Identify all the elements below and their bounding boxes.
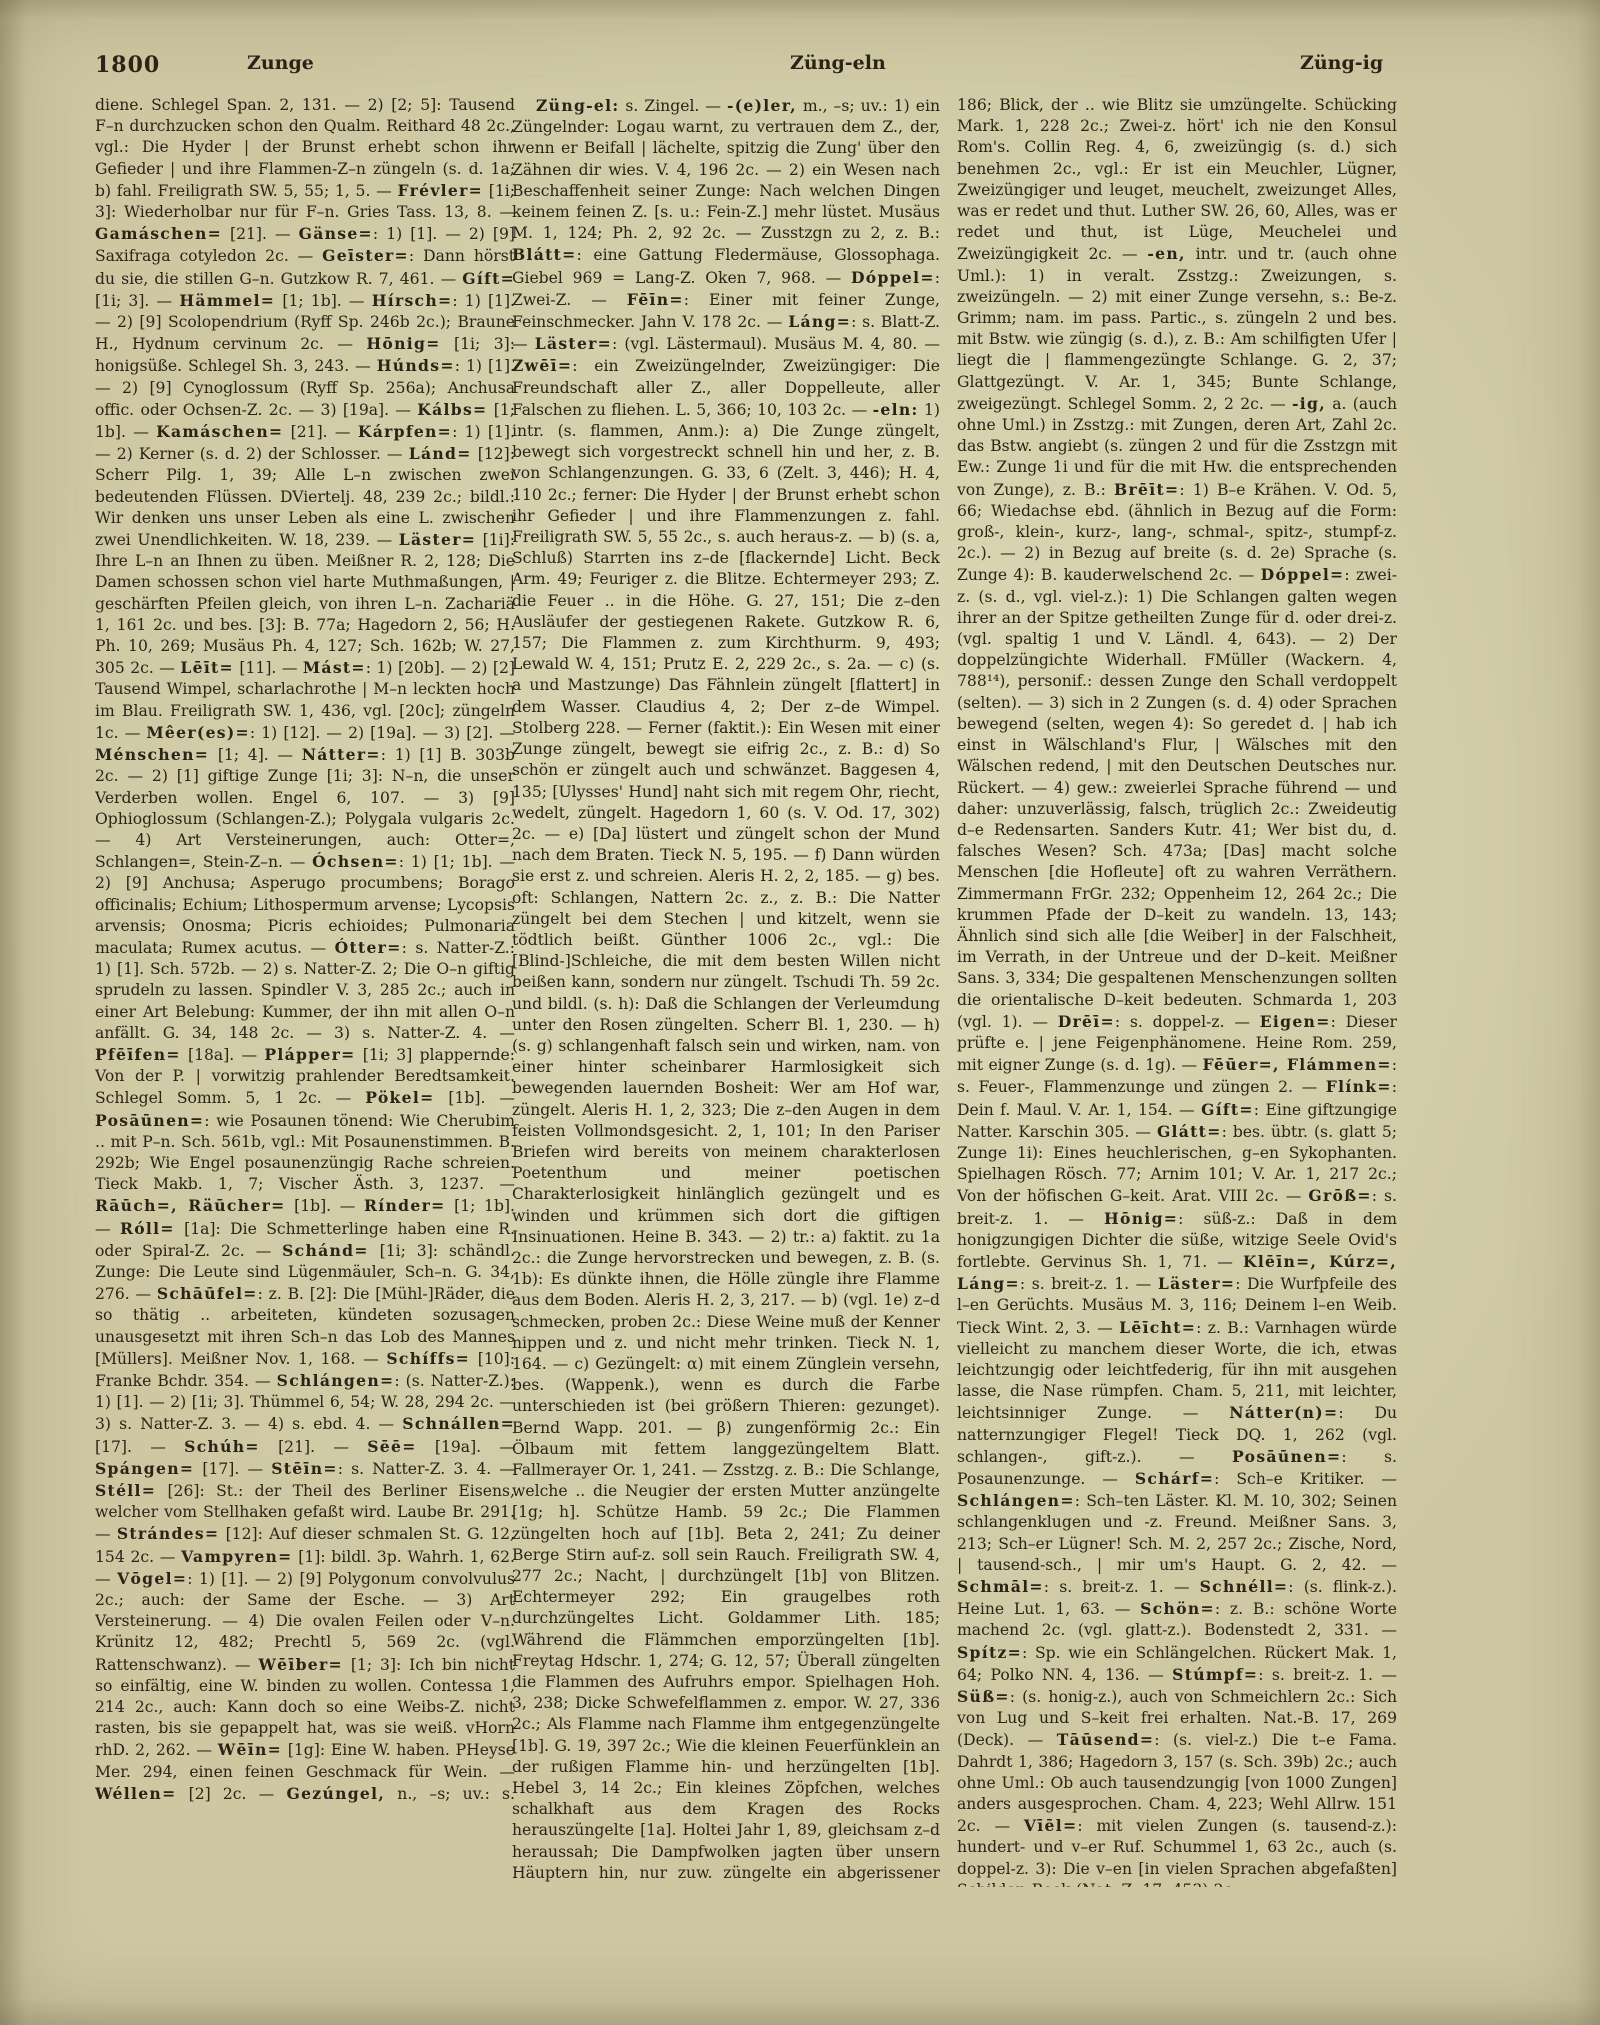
entry-headword: Süß=: [957, 1687, 1010, 1706]
entry-headword: Vōgel=: [117, 1569, 187, 1588]
dictionary-column-1: diene. Schlegel Span. 2, 131. — 2) [2; 5…: [95, 95, 515, 1807]
entry-headword: Nátter(n)=: [1229, 1403, 1338, 1422]
entry-headword: Wēīber=: [258, 1655, 343, 1674]
scanned-dictionary-page: 1800 Zunge Züng-eln Züng-ig diene. Schle…: [0, 0, 1600, 2025]
running-head-keyword-right: Züng-ig: [1300, 52, 1383, 76]
entry-headword: Hōnig=: [366, 334, 440, 353]
entry-headword: Drēī=: [1058, 1012, 1115, 1031]
entry-text: [11]. —: [234, 659, 303, 677]
entry-headword: Flínk=: [1326, 1077, 1392, 1096]
entry-headword: Fēīn=: [627, 290, 684, 309]
entry-headword: Posāūnen=: [1232, 1447, 1341, 1466]
entry-text: : s. breit-z. 1. —: [1044, 1578, 1200, 1596]
entry-text: [21]. —: [222, 225, 299, 243]
entry-headword: Húnds=: [377, 356, 455, 375]
entry-headword: Mêer(es)=: [146, 723, 250, 742]
entry-text: : s. doppel-z. —: [1115, 1013, 1260, 1031]
entry-headword: -ig,: [1292, 394, 1326, 413]
entry-headword: Kárpfen=: [358, 422, 452, 441]
entry-headword: Lēīcht=: [1119, 1318, 1196, 1337]
running-head-keyword-center: Züng-eln: [790, 52, 886, 76]
entry-headword: Hōnig=: [1104, 1209, 1178, 1228]
entry-text: [1i; 3]. —: [95, 292, 179, 310]
entry-headword: -(e)ler,: [727, 96, 797, 115]
entry-headword: Läster=: [1158, 1274, 1235, 1293]
entry-headword: Fēūer=, Flámmen=: [1203, 1055, 1392, 1074]
dictionary-column-3: 186; Blick, der .. wie Blitz sie umzünge…: [957, 95, 1397, 1887]
entry-headword: Dóppel=: [1261, 565, 1345, 584]
entry-headword: Schmāl=: [957, 1577, 1044, 1596]
entry-headword: Rínder=: [364, 1196, 445, 1215]
entry-headword: Hírsch=: [372, 291, 453, 310]
entry-headword: -en,: [1147, 244, 1185, 263]
entry-headword: Schnéll=: [1200, 1577, 1289, 1596]
entry-headword: Schlángen=: [277, 1371, 395, 1390]
entry-headword: Läster=: [535, 334, 612, 353]
entry-headword: Tāūsend=: [1057, 1730, 1154, 1749]
entry-headword: Nátter=: [302, 745, 381, 764]
entry-text: intr. und tr. (auch ohne Uml.): 1) in ve…: [957, 245, 1397, 412]
entry-text: : s. breit-z. 1. —: [1020, 1275, 1158, 1293]
entry-headword: Blátt=: [512, 245, 576, 264]
entry-headword: Züng-el:: [536, 96, 619, 115]
entry-headword: Gamáschen=: [95, 224, 222, 243]
entry-headword: Posāūnen=: [95, 1111, 204, 1130]
entry-headword: Glátt=: [1157, 1122, 1222, 1141]
entry-headword: Schárf=: [1135, 1469, 1214, 1488]
entry-headword: Eigen=: [1260, 1012, 1331, 1031]
entry-text: : s. Natter-Z. 3. 4. —: [338, 1460, 515, 1478]
entry-text: [17]. —: [95, 1438, 184, 1456]
entry-headword: Gezúngel,: [286, 1784, 385, 1803]
entry-headword: Kálbs=: [417, 400, 487, 419]
entry-headword: Róll=: [120, 1219, 175, 1238]
dictionary-column-2: Züng-el: s. Zingel. — -(e)ler, m., –s; u…: [512, 95, 940, 1887]
entry-headword: -eln:: [873, 400, 919, 419]
entry-headword: Stēīn=: [271, 1459, 338, 1478]
entry-text: s. Zingel. —: [619, 97, 727, 115]
entry-headword: Wēīn=: [218, 1740, 282, 1759]
entry-headword: Grōß=: [1308, 1186, 1371, 1205]
entry-headword: Schíffs=: [386, 1349, 470, 1368]
entry-headword: Schánd=: [282, 1241, 369, 1260]
entry-headword: Gezüngel,: [391, 1806, 490, 1807]
entry-text: 1) intr. (s. flammen, Anm.): a) Die Zung…: [512, 401, 940, 1887]
entry-headword: Pökel=: [365, 1088, 434, 1107]
entry-text: 186; Blick, der .. wie Blitz sie umzünge…: [957, 96, 1397, 263]
entry-headword: Vampyren=: [181, 1547, 292, 1566]
entry-text: : 1) [12]. — 2) [19a]. — 3) [2]. —: [250, 724, 515, 742]
entry-headword: Plápper=: [264, 1045, 355, 1064]
entry-headword: Láng=: [788, 312, 851, 331]
entry-headword: Schnállen=: [402, 1414, 515, 1433]
entry-headword: Kamáschen=: [156, 422, 283, 441]
entry-text: : zwei-z. (s. d., vgl. viel-z.): 1) Die …: [957, 566, 1397, 1030]
entry-headword: Óchsen=: [312, 852, 399, 871]
entry-text: [21]. —: [283, 423, 357, 441]
entry-headword: Gänse=: [299, 224, 373, 243]
entry-text: [1b]. —: [285, 1197, 364, 1215]
entry-text: [1; 1b]. —: [275, 292, 372, 310]
entry-headword: Sēē=: [367, 1437, 416, 1456]
entry-headword: Brēīt=: [1114, 480, 1179, 499]
entry-text: [17]. —: [194, 1460, 271, 1478]
entry-text: [21]. —: [260, 1438, 367, 1456]
entry-text: [2] 2c. —: [176, 1785, 286, 1803]
entry-headword: Geīster=: [322, 246, 409, 265]
entry-text: [1b]. —: [434, 1089, 515, 1107]
entry-headword: Mást=: [303, 658, 366, 677]
entry-text: [1; 4]. —: [209, 746, 302, 764]
entry-headword: Spángen=: [95, 1459, 194, 1478]
page-number: 1800: [95, 52, 160, 76]
entry-text: [18a]. —: [181, 1046, 265, 1064]
entry-headword: Schúh=: [184, 1437, 260, 1456]
entry-text: : (vgl. Lästermaul). Musäus M. 4, 80. —: [612, 335, 940, 353]
entry-text: : Sch–e Kritiker. —: [1214, 1470, 1397, 1488]
entry-headword: Wéllen=: [95, 1784, 176, 1803]
entry-headword: Ótter=: [335, 938, 402, 957]
entry-headword: Gíft=: [1201, 1100, 1254, 1119]
entry-headword: Lánd=: [409, 444, 472, 463]
entry-headword: Strándes=: [117, 1524, 220, 1543]
entry-headword: Vīēl=: [1024, 1816, 1077, 1835]
entry-headword: Pfēīfen=: [95, 1045, 181, 1064]
entry-headword: Schlángen=: [957, 1491, 1075, 1510]
entry-text: m., –s; uv.: 1) ein Züngelnder: Logau wa…: [512, 97, 940, 242]
entry-headword: Dóppel=: [851, 268, 935, 287]
entry-headword: Lēīt=: [180, 658, 234, 677]
entry-headword: Gíft=: [462, 269, 515, 288]
entry-headword: Zwēī=: [512, 356, 572, 375]
entry-headword: Frévler=: [397, 181, 483, 200]
entry-headword: Schāūfel=: [157, 1284, 258, 1303]
entry-headword: Hämmel=: [179, 291, 275, 310]
entry-headword: Spítz=: [957, 1643, 1022, 1662]
entry-text: [19a]. —: [417, 1438, 515, 1456]
entry-headword: Stúmpf=: [1172, 1665, 1258, 1684]
entry-text: : s. breit-z. 1. —: [1258, 1666, 1397, 1684]
entry-text: [1i]: Ihre L–n an Ihnen zu üben. Meißner…: [95, 531, 515, 677]
entry-headword: Läster=: [399, 530, 476, 549]
entry-headword: Ménschen=: [95, 745, 209, 764]
entry-headword: Schön=: [1140, 1599, 1215, 1618]
entry-headword: Stéll=: [95, 1481, 156, 1500]
entry-headword: Rāūch=, Räūcher=: [95, 1196, 285, 1215]
running-head-keyword-left: Zunge: [247, 52, 314, 76]
